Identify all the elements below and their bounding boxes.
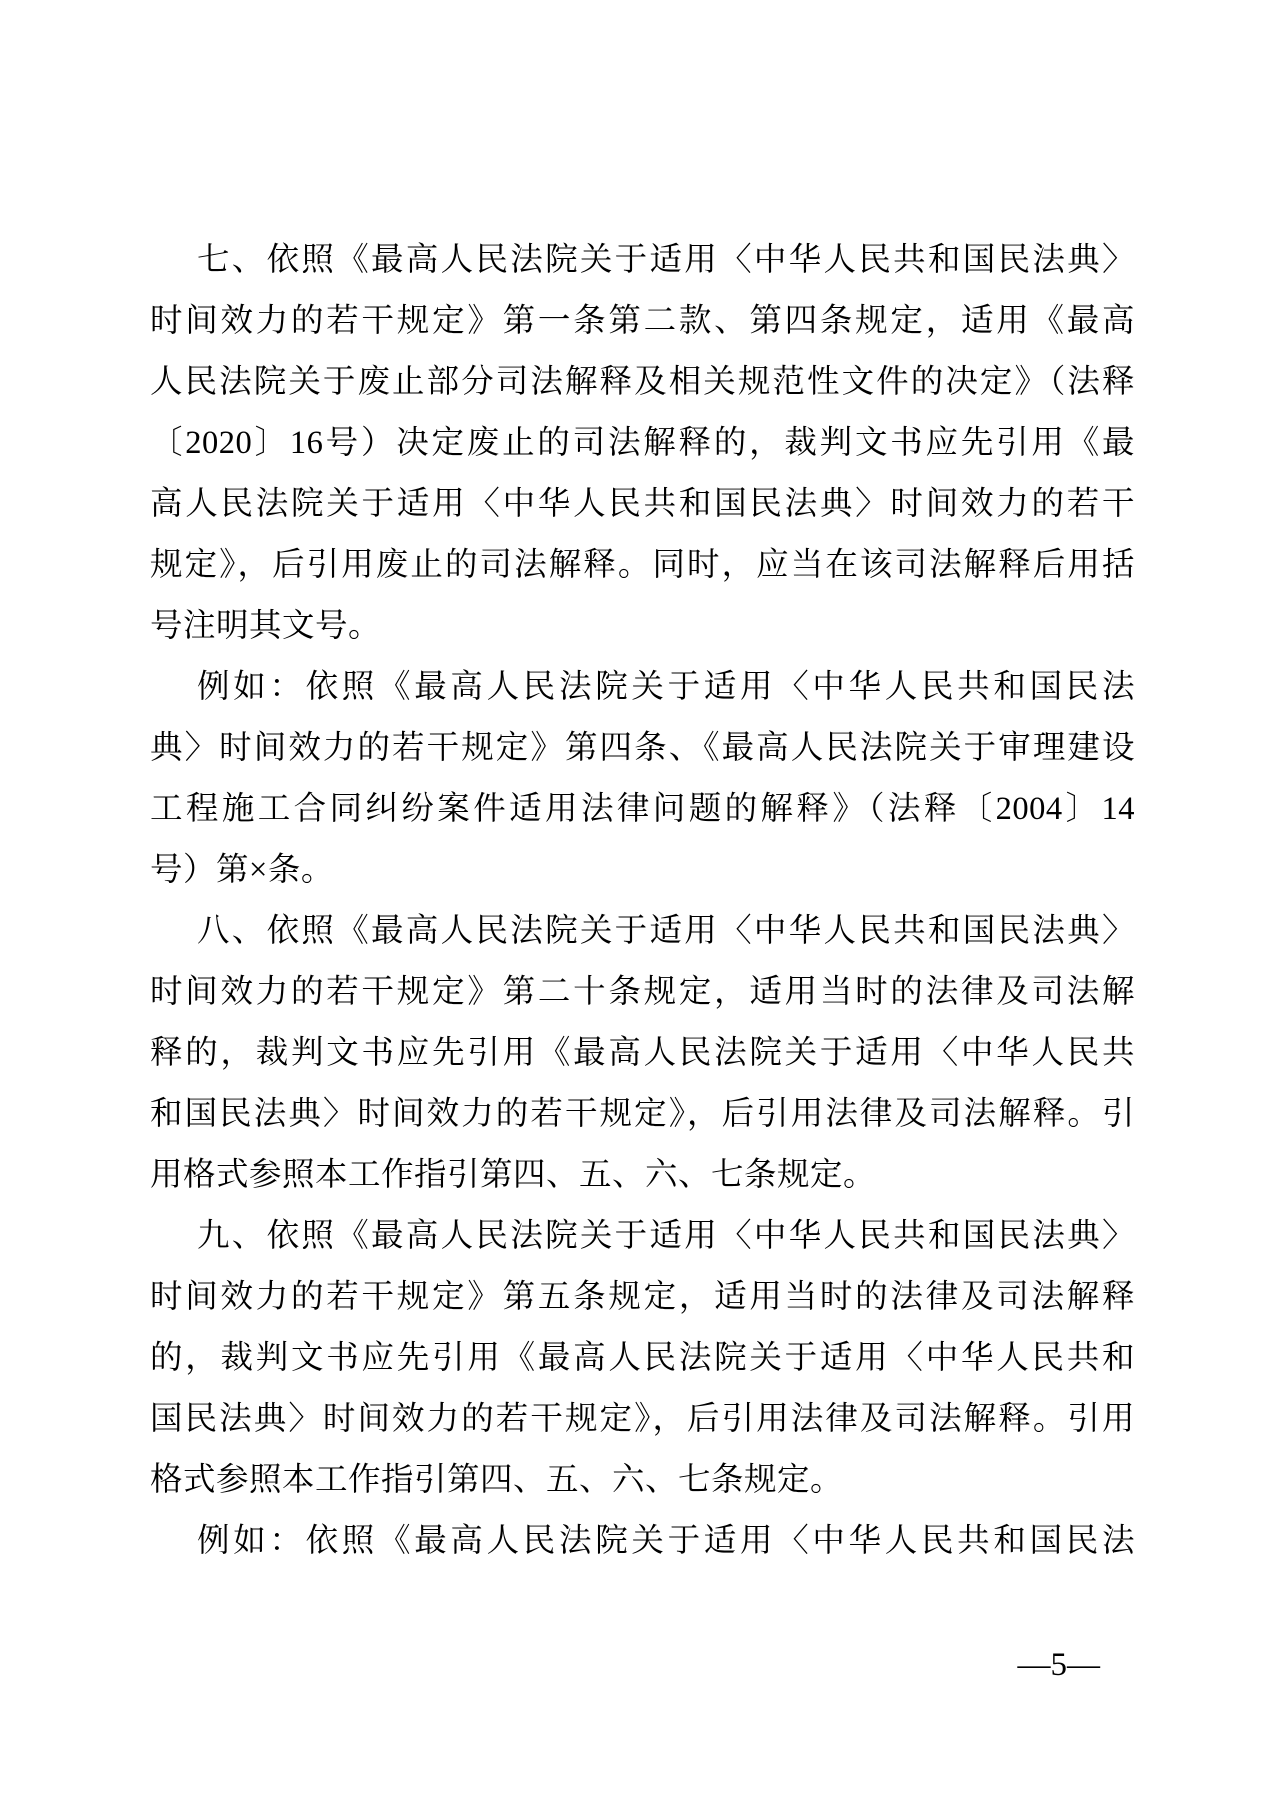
paragraph-item-8: 八、依照《最高人民法院关于适用〈中华人民共和国民法典〉 时间效力的若干规定》第二…	[150, 901, 1135, 1206]
text-line: 国民法典〉时间效力的若干规定》，后引用法律及司法解释。引用	[150, 1389, 1135, 1450]
paragraph-item-9: 九、依照《最高人民法院关于适用〈中华人民共和国民法典〉 时间效力的若干规定》第五…	[150, 1206, 1135, 1511]
page-number: —5—	[1018, 1645, 1101, 1685]
text-line: 例如：依照《最高人民法院关于适用〈中华人民共和国民法	[150, 1511, 1135, 1572]
text-line: 人民法院关于废止部分司法解释及相关规范性文件的决定》（法释	[150, 352, 1135, 413]
text-line: 释的，裁判文书应先引用《最高人民法院关于适用〈中华人民共	[150, 1023, 1135, 1084]
text-line: 号注明其文号。	[150, 596, 1135, 657]
text-line: 规定》，后引用废止的司法解释。同时，应当在该司法解释后用括	[150, 535, 1135, 596]
text-line: 典〉时间效力的若干规定》第四条、《最高人民法院关于审理建设	[150, 718, 1135, 779]
text-line: 高人民法院关于适用〈中华人民共和国民法典〉时间效力的若干	[150, 474, 1135, 535]
text-line: 八、依照《最高人民法院关于适用〈中华人民共和国民法典〉	[150, 901, 1135, 962]
paragraph-example-9: 例如：依照《最高人民法院关于适用〈中华人民共和国民法	[150, 1511, 1135, 1572]
text-line: 例如：依照《最高人民法院关于适用〈中华人民共和国民法	[150, 657, 1135, 718]
text-line: 用格式参照本工作指引第四、五、六、七条规定。	[150, 1145, 1135, 1206]
paragraph-example-7: 例如：依照《最高人民法院关于适用〈中华人民共和国民法 典〉时间效力的若干规定》第…	[150, 657, 1135, 901]
text-line: 的，裁判文书应先引用《最高人民法院关于适用〈中华人民共和	[150, 1328, 1135, 1389]
text-line: 格式参照本工作指引第四、五、六、七条规定。	[150, 1450, 1135, 1511]
text-line: 时间效力的若干规定》第二十条规定，适用当时的法律及司法解	[150, 962, 1135, 1023]
text-line: 和国民法典〉时间效力的若干规定》，后引用法律及司法解释。引	[150, 1084, 1135, 1145]
text-line: 时间效力的若干规定》第一条第二款、第四条规定，适用《最高	[150, 291, 1135, 352]
text-line: 时间效力的若干规定》第五条规定，适用当时的法律及司法解释	[150, 1267, 1135, 1328]
text-line: 〔2020〕16号）决定废止的司法解释的，裁判文书应先引用《最	[150, 413, 1135, 474]
text-line: 九、依照《最高人民法院关于适用〈中华人民共和国民法典〉	[150, 1206, 1135, 1267]
text-line: 七、依照《最高人民法院关于适用〈中华人民共和国民法典〉	[150, 230, 1135, 291]
text-line: 工程施工合同纠纷案件适用法律问题的解释》（法释〔2004〕14	[150, 779, 1135, 840]
text-line: 号）第×条。	[150, 840, 1135, 901]
document-body: 七、依照《最高人民法院关于适用〈中华人民共和国民法典〉 时间效力的若干规定》第一…	[150, 230, 1135, 1572]
paragraph-item-7: 七、依照《最高人民法院关于适用〈中华人民共和国民法典〉 时间效力的若干规定》第一…	[150, 230, 1135, 657]
document-page: 七、依照《最高人民法院关于适用〈中华人民共和国民法典〉 时间效力的若干规定》第一…	[0, 0, 1280, 1810]
